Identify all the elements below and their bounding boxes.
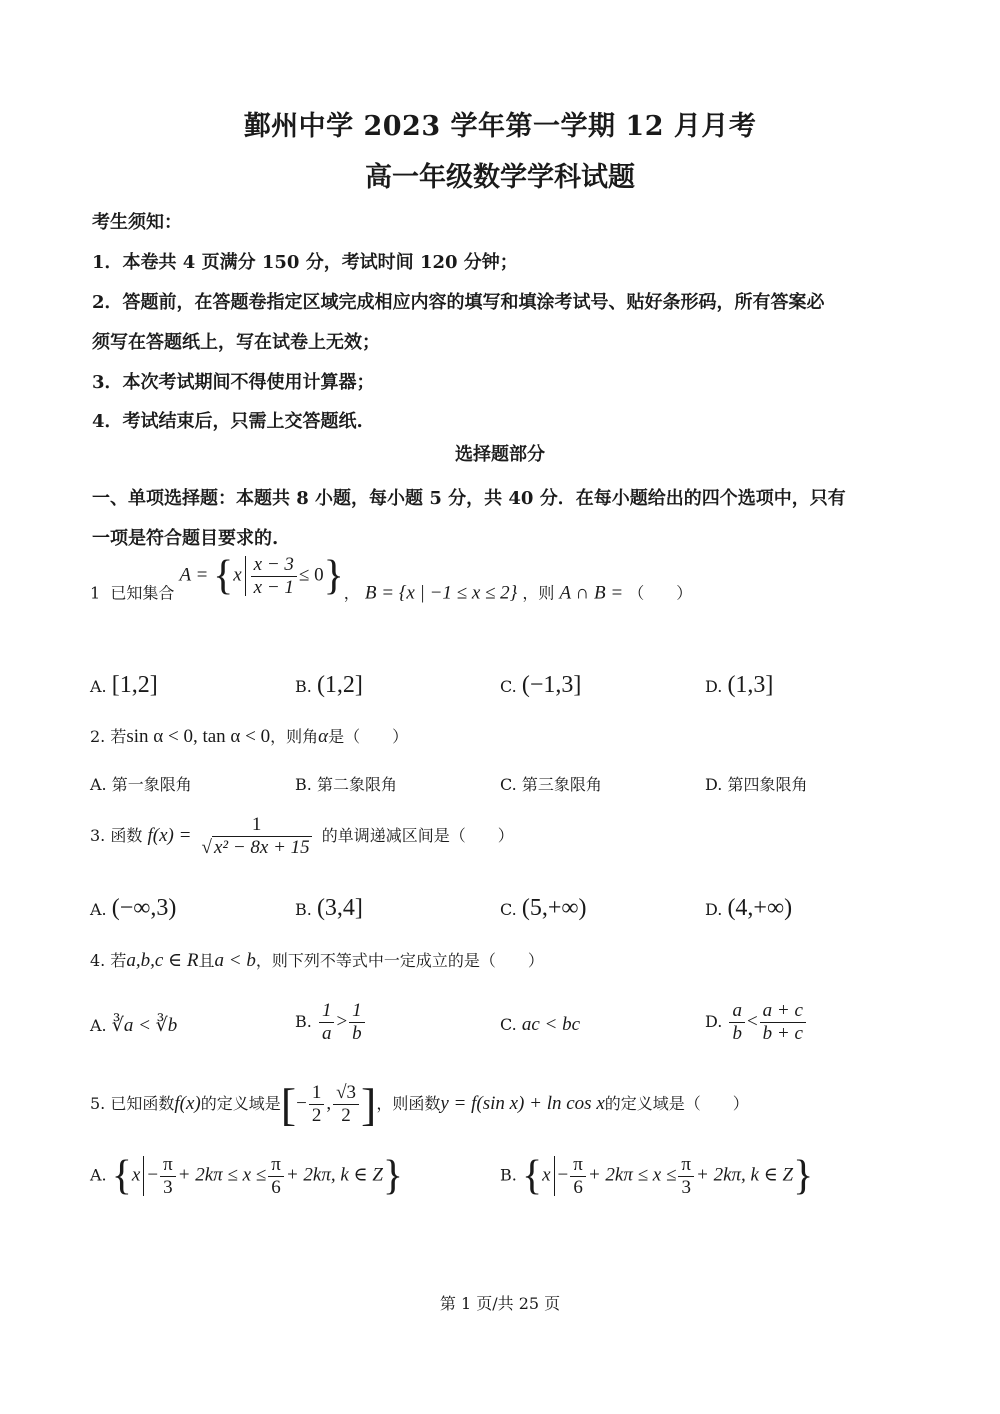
question-prefix: 若 [110,727,126,746]
q4-option-a[interactable]: A. ∛a < ∛b [90,1014,177,1037]
q2-option-c[interactable]: C. 第三象限角 [500,772,602,795]
question-number: 1 [90,584,100,603]
question-var: α [318,726,328,747]
question-number: 5. [90,1094,105,1113]
q2-option-d[interactable]: D. 第四象限角 [705,772,807,795]
question-mid: 的定义域是 [201,1094,281,1113]
question-mid: ，则角 [270,727,318,746]
question-suffix: ，则下列不等式中一定成立的是（ ） [256,951,544,970]
set-a-numerator: x − 3 [251,554,297,577]
exam-subtitle: 高一年级数学学科试题 [0,155,1000,194]
question-number: 3. [90,826,105,845]
domain-num-1: 1 [309,1082,325,1105]
set-a-lhs: A = [179,565,213,586]
set-b: B = {x | −1 ≤ x ≤ 2} [365,583,517,604]
notice-item-2-cont: 须写在答题纸上，写在试卷上无效； [92,328,380,354]
exam-title: 鄞州中学 2023 学年第一学期 12 月月考 [0,104,1000,143]
q5-option-b[interactable]: B. {x−π6+ 2kπ ≤ x ≤π3+ 2kπ, k ∈ Z} [500,1152,813,1200]
q3-option-c[interactable]: C. (5,+∞) [500,895,587,922]
q3-option-b[interactable]: B. (3,4] [295,895,363,922]
question-suffix: 是（ ） [328,727,408,746]
fraction-denominator: x² − 8x + 15 [212,836,312,858]
question-5: 5. 已知函数f(x)的定义域是[−12,√32]，则函数y = f(sin x… [90,1078,749,1131]
notice-item-1: 1．本卷共 4 页满分 150 分，考试时间 120 分钟； [92,248,518,274]
function-lhs: f(x) = [147,825,191,846]
question-suffix: 的定义域是（ ） [605,1094,749,1113]
question-mid: 且 [198,951,214,970]
q4-option-b[interactable]: B. 1a>1b [295,1000,367,1045]
q2-option-b[interactable]: B. 第二象限角 [295,772,397,795]
q1-option-c[interactable]: C. (−1,3] [500,672,581,699]
section-instructions-cont: 一项是符合题目要求的. [92,524,278,550]
set-a-condition: ≤ 0 [299,565,324,586]
q1-option-b[interactable]: B. (1,2] [295,672,363,699]
question-suffix: 的单调递减区间是（ ） [322,826,514,845]
q3-option-d[interactable]: D. (4,+∞) [705,895,792,922]
section-title: 选择题部分 [0,440,1000,466]
function-fx: f(x) [174,1093,200,1114]
set-a-denominator: x − 1 [251,577,297,599]
q4-option-c[interactable]: C. ac < bc [500,1014,580,1036]
question-tail: ，则 [522,584,554,603]
question-prefix: 已知函数 [110,1094,174,1113]
set-a-var: x [233,565,241,586]
question-number: 2. [90,727,105,746]
question-expr-2: a < b [215,950,256,971]
question-1: 1 已知集合 A = {xx − 3x − 1≤ 0} ， B = {x | −… [90,570,692,618]
question-number: 4. [90,951,105,970]
question-4: 4. 若a,b,c ∈ R且a < b，则下列不等式中一定成立的是（ ） [90,948,544,972]
notice-heading: 考生须知： [92,208,182,234]
answer-paren: （ ） [628,584,692,603]
question-2: 2. 若sin α < 0, tan α < 0，则角α是（ ） [90,724,408,748]
page-number: 第 1 页/共 25 页 [0,1291,1000,1314]
question-expr: sin α < 0, tan α < 0 [126,726,270,747]
question-expr: y = f(sin x) + ln cos x [440,1093,604,1114]
q3-option-a[interactable]: A. (−∞,3) [90,895,176,922]
q5-option-a[interactable]: A. {x−π3+ 2kπ ≤ x ≤π6+ 2kπ, k ∈ Z} [90,1152,403,1200]
intersection-expr: A ∩ B = [559,583,623,604]
fraction-numerator: 1 [249,814,265,837]
q1-option-a[interactable]: A. [1,2] [90,672,158,699]
q1-option-d[interactable]: D. (1,3] [705,672,773,699]
question-prefix: 若 [110,951,126,970]
q4-option-d[interactable]: D. ab<a + cb + c [705,1000,808,1045]
question-3: 3. 函数 f(x) = 1√x² − 8x + 15 的单调递减区间是（ ） [90,814,514,859]
domain-num-2: √3 [333,1082,359,1105]
question-mid-2: ，则函数 [376,1094,440,1113]
domain-den-2: 2 [338,1105,354,1127]
notice-item-2: 2．答题前，在答题卷指定区域完成相应内容的填写和填涂考试号、贴好条形码，所有答案… [92,288,825,314]
question-prefix: 函数 [110,826,142,845]
q2-option-a[interactable]: A. 第一象限角 [90,772,192,795]
section-instructions: 一、单项选择题：本题共 8 小题，每小题 5 分，共 40 分．在每小题给出的四… [92,484,846,510]
question-expr: a,b,c ∈ R [126,950,198,971]
notice-item-3: 3．本次考试期间不得使用计算器； [92,368,375,394]
domain-den-1: 2 [309,1105,325,1127]
question-prefix: 已知集合 [110,584,174,603]
notice-item-4: 4．考试结束后，只需上交答题纸. [92,407,363,433]
